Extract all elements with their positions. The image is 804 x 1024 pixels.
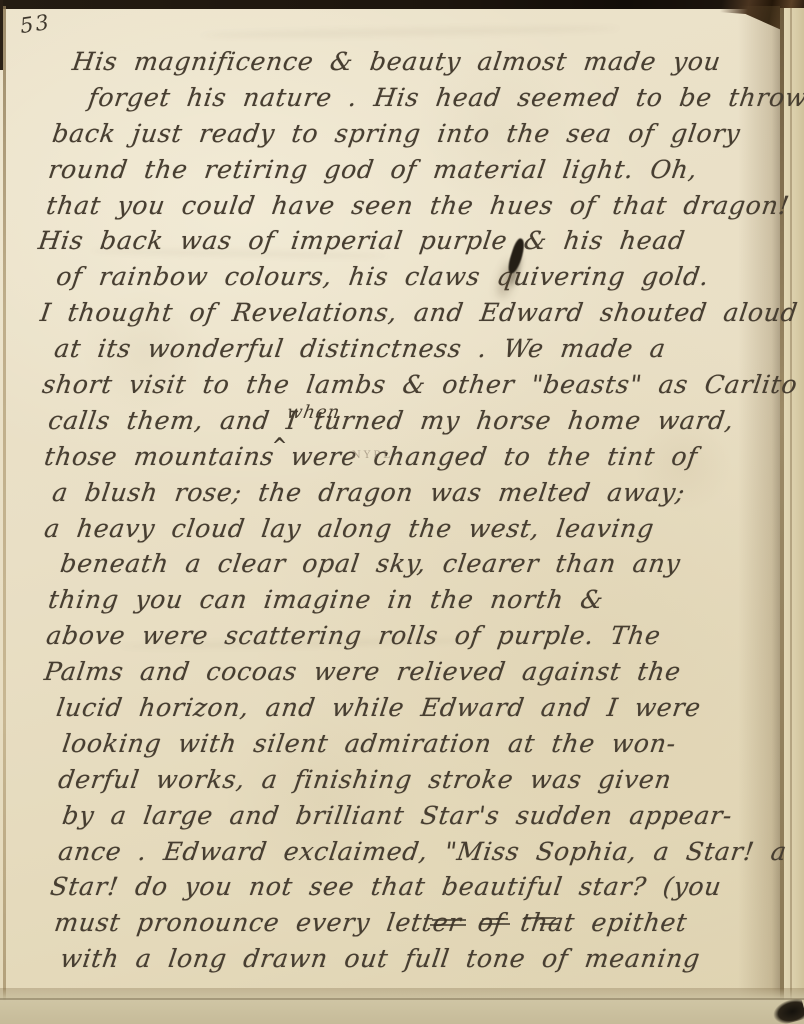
manuscript-line: short visit to the lambs & other "beasts… [0,367,779,403]
emphasis-underline [430,924,466,926]
manuscript-line: calls them, and I turned my horse home w… [0,403,779,439]
manuscript-line: back just ready to spring into the sea o… [0,116,779,152]
manuscript-line: at its wonderful distinctness . We made … [0,331,779,367]
manuscript-text: His magnificence & beauty almost made yo… [0,44,774,977]
manuscript-line: by a large and brilliant Star's sudden a… [0,798,779,834]
manuscript-line: His magnificence & beauty almost made yo… [0,44,779,80]
underlying-page-edge-bottom [0,988,804,1024]
emphasis-underline [480,923,510,925]
underlying-page-edge-right [784,8,804,1024]
manuscript-line: with a long drawn out full tone of meani… [0,941,779,977]
manuscript-line: round the retiring god of material light… [0,152,779,188]
manuscript-line: Palms and cocoas were relieved against t… [0,654,779,690]
manuscript-line: forget his nature . His head seemed to b… [0,80,779,116]
manuscript-line: ance . Edward exclaimed, "Miss Sophia, a… [0,834,779,870]
emphasis-underline [524,917,556,919]
manuscript-line: above were scattering rolls of purple. T… [0,618,779,654]
manuscript-scan: 53 His magnificence & beauty almost made… [0,0,804,1024]
emphasis-underline [432,919,466,921]
manuscript-line: must pronounce every letter of that epit… [0,905,779,941]
library-stamp: NYPL [352,450,393,461]
page-number: 53 [18,10,52,38]
manuscript-line: I thought of Revelations, and Edward sho… [0,295,779,331]
manuscript-line: a blush rose; the dragon was melted away… [0,475,779,511]
manuscript-line: a heavy cloud lay along the west, leavin… [0,511,779,547]
manuscript-line: that you could have seen the hues of tha… [0,188,779,224]
manuscript-line: derful works, a finishing stroke was giv… [0,762,779,798]
emphasis-underline [482,918,508,920]
emphasis-underline [540,923,558,925]
manuscript-line: looking with silent admiration at the wo… [0,726,779,762]
manuscript-line: beneath a clear opal sky, clearer than a… [0,546,779,582]
manuscript-line: His back was of imperial purple & his he… [0,223,779,259]
manuscript-line: of rainbow colours, his claws quivering … [0,259,779,295]
insertion-caret: ^ [272,434,287,459]
manuscript-line: Star! do you not see that beautiful star… [0,869,779,905]
manuscript-line: lucid horizon, and while Edward and I we… [0,690,779,726]
manuscript-line: thing you can imagine in the north & [0,582,779,618]
inserted-word: when [285,402,342,423]
